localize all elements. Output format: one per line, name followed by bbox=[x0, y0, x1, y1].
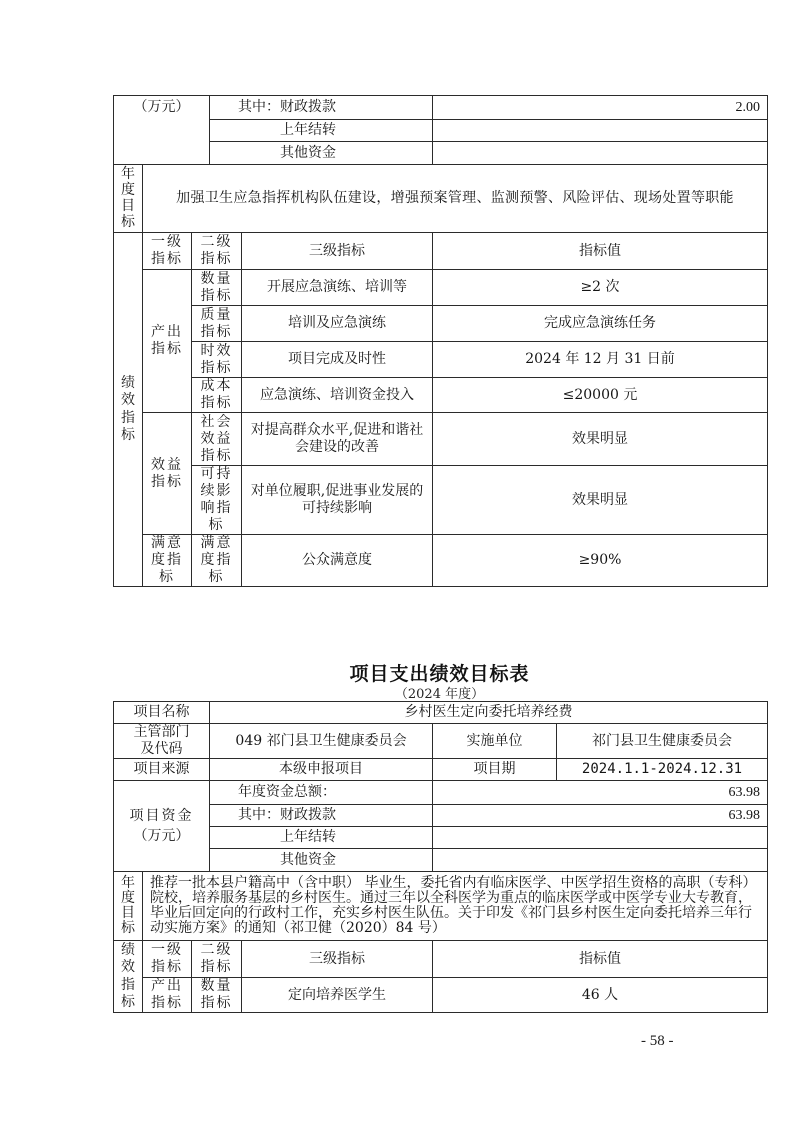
level3-cell: 定向培养医学生 bbox=[242, 978, 433, 1013]
level2-label: 成本指标 bbox=[200, 378, 234, 412]
level3-cell: 项目完成及时性 bbox=[242, 342, 433, 378]
header-value: 指标值 bbox=[433, 233, 768, 270]
period-label: 项目期 bbox=[433, 759, 557, 781]
table-row: 产出指标 数量指标 定向培养医学生 46 人 bbox=[114, 978, 768, 1013]
level1-label: 效益指标 bbox=[150, 457, 184, 491]
table-row: 满意度指标 满意度指标 公众满意度 ≥90% bbox=[114, 535, 768, 587]
header-value: 指标值 bbox=[433, 941, 768, 978]
level3-cell: 对单位履职,促进事业发展的 可持续影响 bbox=[242, 466, 433, 535]
level2-cell: 社会效益指标 bbox=[192, 413, 242, 466]
header-level3: 三级指标 bbox=[242, 233, 433, 270]
funding-label-cell: 项目资金 （万元） bbox=[114, 781, 210, 872]
funding-row: 其中：财政拨款 63.98 bbox=[114, 805, 768, 827]
project-name-label: 项目名称 bbox=[114, 702, 210, 724]
level1-cell: 产出指标 bbox=[143, 978, 192, 1013]
level3-text-line: 可持续影响 bbox=[245, 500, 429, 517]
annual-goal-text: 加强卫生应急指挥机构队伍建设，增强预案管理、监测预警、风险评估、现场处置等职能 bbox=[143, 165, 768, 233]
funding-row: 项目资金 （万元） 年度资金总额： 63.98 bbox=[114, 781, 768, 805]
level1-label: 满意度指标 bbox=[150, 535, 184, 586]
funding-label: 项目资金 bbox=[117, 806, 206, 826]
funding-value bbox=[433, 120, 768, 142]
page-number: - 58 - bbox=[641, 1033, 674, 1050]
annual-goal-line: 动实施方案》的通知（祁卫健（2020）84 号） bbox=[150, 921, 764, 936]
dept-label-line: 及代码 bbox=[141, 742, 183, 756]
table-row: 效益指标 社会效益指标 对提高群众水平,促进和谐社 会建设的改善 效果明显 bbox=[114, 413, 768, 466]
funding-value bbox=[433, 142, 768, 165]
header-level2: 二级指标 bbox=[192, 941, 242, 978]
funding-unit-cell: （万元） bbox=[114, 96, 210, 165]
funding-row: （万元） 其中：财政拨款 2.00 bbox=[114, 96, 768, 120]
header-level1-text: 一级指标 bbox=[150, 234, 184, 268]
document-page: （万元） 其中：财政拨款 2.00 上年结转 其他资金 年度目标 加强卫生应急指… bbox=[0, 0, 793, 1122]
level2-label: 满意度指标 bbox=[200, 535, 234, 586]
funding-item-label: 其他资金 bbox=[210, 849, 433, 872]
level3-text-line: 会建设的改善 bbox=[245, 439, 429, 456]
period-value: 2024.1.1-2024.12.31 bbox=[557, 759, 768, 781]
indicator-value: 2024 年 12 月 31 日前 bbox=[433, 342, 768, 378]
annual-goal-label-cell: 年度目标 bbox=[114, 165, 143, 233]
performance-table-continued: （万元） 其中：财政拨款 2.00 上年结转 其他资金 年度目标 加强卫生应急指… bbox=[113, 95, 768, 587]
level2-cell: 满意度指标 bbox=[192, 535, 242, 587]
level3-cell: 开展应急演练、培训等 bbox=[242, 270, 433, 306]
indicator-value: 46 人 bbox=[433, 978, 768, 1013]
level3-cell: 培训及应急演练 bbox=[242, 306, 433, 342]
impl-value: 祁门县卫生健康委员会 bbox=[557, 724, 768, 759]
indicator-header-row: 绩效指标 一级指标 二级指标 三级指标 指标值 bbox=[114, 233, 768, 270]
table-row: 产出指标 数量指标 开展应急演练、培训等 ≥2 次 bbox=[114, 270, 768, 306]
impl-label: 实施单位 bbox=[433, 724, 557, 759]
level1-label: 产出指标 bbox=[150, 978, 184, 1012]
funding-item-value bbox=[433, 827, 768, 849]
funding-item-label: 其中：财政拨款 bbox=[210, 805, 433, 827]
header-level3: 三级指标 bbox=[242, 941, 433, 978]
header-level2: 二级指标 bbox=[192, 233, 242, 270]
department-row: 主管部门 及代码 049 祁门县卫生健康委员会 实施单位 祁门县卫生健康委员会 bbox=[114, 724, 768, 759]
funding-value: 2.00 bbox=[433, 96, 768, 120]
funding-item-value: 63.98 bbox=[433, 805, 768, 827]
funding-item-value bbox=[433, 849, 768, 872]
header-level2-text: 二级指标 bbox=[200, 234, 234, 268]
level1-cell: 效益指标 bbox=[143, 413, 192, 535]
level3-cell: 公众满意度 bbox=[242, 535, 433, 587]
funding-label: 其中：财政拨款 bbox=[210, 96, 433, 120]
indicator-value: ≥90% bbox=[433, 535, 768, 587]
level2-label: 数量指标 bbox=[200, 978, 234, 1012]
indicator-value: ≤20000 元 bbox=[433, 378, 768, 413]
funding-label: 上年结转 bbox=[210, 120, 433, 142]
annual-goal-line: 推荐一批本县户籍高中（含中职） 毕业生，委托省内有临床医学、中医学招生资格的高职… bbox=[150, 876, 764, 891]
level2-cell: 成本指标 bbox=[192, 378, 242, 413]
annual-goal-row: 年度目标 加强卫生应急指挥机构队伍建设，增强预案管理、监测预警、风险评估、现场处… bbox=[114, 165, 768, 233]
dept-label-line: 主管部门 bbox=[134, 725, 190, 739]
funding-row: 其他资金 bbox=[114, 142, 768, 165]
performance-table: 项目名称 乡村医生定向委托培养经费 主管部门 及代码 049 祁门县卫生健康委员… bbox=[113, 701, 768, 1013]
level1-cell: 满意度指标 bbox=[143, 535, 192, 587]
source-label: 项目来源 bbox=[114, 759, 210, 781]
header-level1: 一级指标 bbox=[143, 941, 192, 978]
header-level1-text: 一级指标 bbox=[150, 942, 184, 976]
indicator-value: 效果明显 bbox=[433, 466, 768, 535]
annual-goal-line: 毕业后回定向的行政村工作，充实乡村医生队伍。关于印发《祁门县乡村医生定向委托培养… bbox=[150, 906, 764, 921]
funding-unit: （万元） bbox=[117, 826, 206, 846]
table-row: 成本指标 应急演练、培训资金投入 ≤20000 元 bbox=[114, 378, 768, 413]
page-title: 项目支出绩效目标表 bbox=[113, 659, 766, 686]
indicator-section-cell: 绩效指标 bbox=[114, 233, 143, 587]
table-row: 质量指标 培训及应急演练 完成应急演练任务 bbox=[114, 306, 768, 342]
level2-cell: 可持续影响指标 bbox=[192, 466, 242, 535]
page-subtitle: （2024 年度） bbox=[113, 683, 766, 702]
annual-goal-label: 年度目标 bbox=[121, 166, 136, 230]
table-row: 可持续影响指标 对单位履职,促进事业发展的 可持续影响 效果明显 bbox=[114, 466, 768, 535]
level2-label: 质量指标 bbox=[200, 307, 234, 341]
table-row: 时效指标 项目完成及时性 2024 年 12 月 31 日前 bbox=[114, 342, 768, 378]
dept-label-cell: 主管部门 及代码 bbox=[114, 724, 210, 759]
level3-text-line: 对提高群众水平,促进和谐社 bbox=[245, 422, 429, 439]
annual-goal-label: 年度目标 bbox=[121, 876, 136, 936]
indicator-section-label: 绩效指标 bbox=[121, 942, 136, 1012]
source-value: 本级申报项目 bbox=[210, 759, 433, 781]
funding-row: 上年结转 bbox=[114, 120, 768, 142]
level3-text: 培训及应急演练 bbox=[245, 315, 429, 332]
funding-row: 其他资金 bbox=[114, 849, 768, 872]
level2-cell: 时效指标 bbox=[192, 342, 242, 378]
indicator-section-cell: 绩效指标 bbox=[114, 941, 143, 1013]
project-name-value: 乡村医生定向委托培养经费 bbox=[210, 702, 768, 724]
indicator-section-label: 绩效指标 bbox=[121, 375, 136, 445]
annual-goal-row: 年度目标 推荐一批本县户籍高中（含中职） 毕业生，委托省内有临床医学、中医学招生… bbox=[114, 872, 768, 941]
level2-cell: 质量指标 bbox=[192, 306, 242, 342]
level3-cell: 应急演练、培训资金投入 bbox=[242, 378, 433, 413]
header-level1: 一级指标 bbox=[143, 233, 192, 270]
annual-goal-label-cell: 年度目标 bbox=[114, 872, 143, 941]
funding-label: 其他资金 bbox=[210, 142, 433, 165]
level2-label: 可持续影响指标 bbox=[200, 466, 234, 534]
indicator-value: 完成应急演练任务 bbox=[433, 306, 768, 342]
annual-goal-text: 推荐一批本县户籍高中（含中职） 毕业生，委托省内有临床医学、中医学招生资格的高职… bbox=[143, 872, 768, 941]
indicator-value: 效果明显 bbox=[433, 413, 768, 466]
level3-cell: 对提高群众水平,促进和谐社 会建设的改善 bbox=[242, 413, 433, 466]
funding-item-value: 63.98 bbox=[433, 781, 768, 805]
funding-row: 上年结转 bbox=[114, 827, 768, 849]
header-level2-text: 二级指标 bbox=[200, 942, 234, 976]
level1-label: 产出指标 bbox=[150, 324, 184, 358]
annual-goal-line: 院校，培养服务基层的乡村医生。通过三年以全科医学为重点的临床医学或中医学专业大专… bbox=[150, 891, 764, 906]
source-row: 项目来源 本级申报项目 项目期 2024.1.1-2024.12.31 bbox=[114, 759, 768, 781]
level2-cell: 数量指标 bbox=[192, 978, 242, 1013]
funding-unit-label: （万元） bbox=[134, 99, 190, 115]
funding-item-label: 年度资金总额： bbox=[210, 781, 433, 805]
indicator-header-row: 绩效指标 一级指标 二级指标 三级指标 指标值 bbox=[114, 941, 768, 978]
level2-label: 数量指标 bbox=[200, 271, 234, 305]
level3-text: 公众满意度 bbox=[245, 552, 429, 569]
level2-cell: 数量指标 bbox=[192, 270, 242, 306]
level2-label: 社会效益指标 bbox=[200, 414, 234, 465]
indicator-value: ≥2 次 bbox=[433, 270, 768, 306]
dept-value: 049 祁门县卫生健康委员会 bbox=[210, 724, 433, 759]
project-name-row: 项目名称 乡村医生定向委托培养经费 bbox=[114, 702, 768, 724]
level3-text: 项目完成及时性 bbox=[245, 351, 429, 368]
level3-text: 开展应急演练、培训等 bbox=[245, 279, 429, 296]
level1-cell: 产出指标 bbox=[143, 270, 192, 413]
funding-item-label: 上年结转 bbox=[210, 827, 433, 849]
level3-text: 应急演练、培训资金投入 bbox=[245, 387, 429, 404]
level2-label: 时效指标 bbox=[200, 343, 234, 377]
level3-text-line: 对单位履职,促进事业发展的 bbox=[245, 483, 429, 500]
